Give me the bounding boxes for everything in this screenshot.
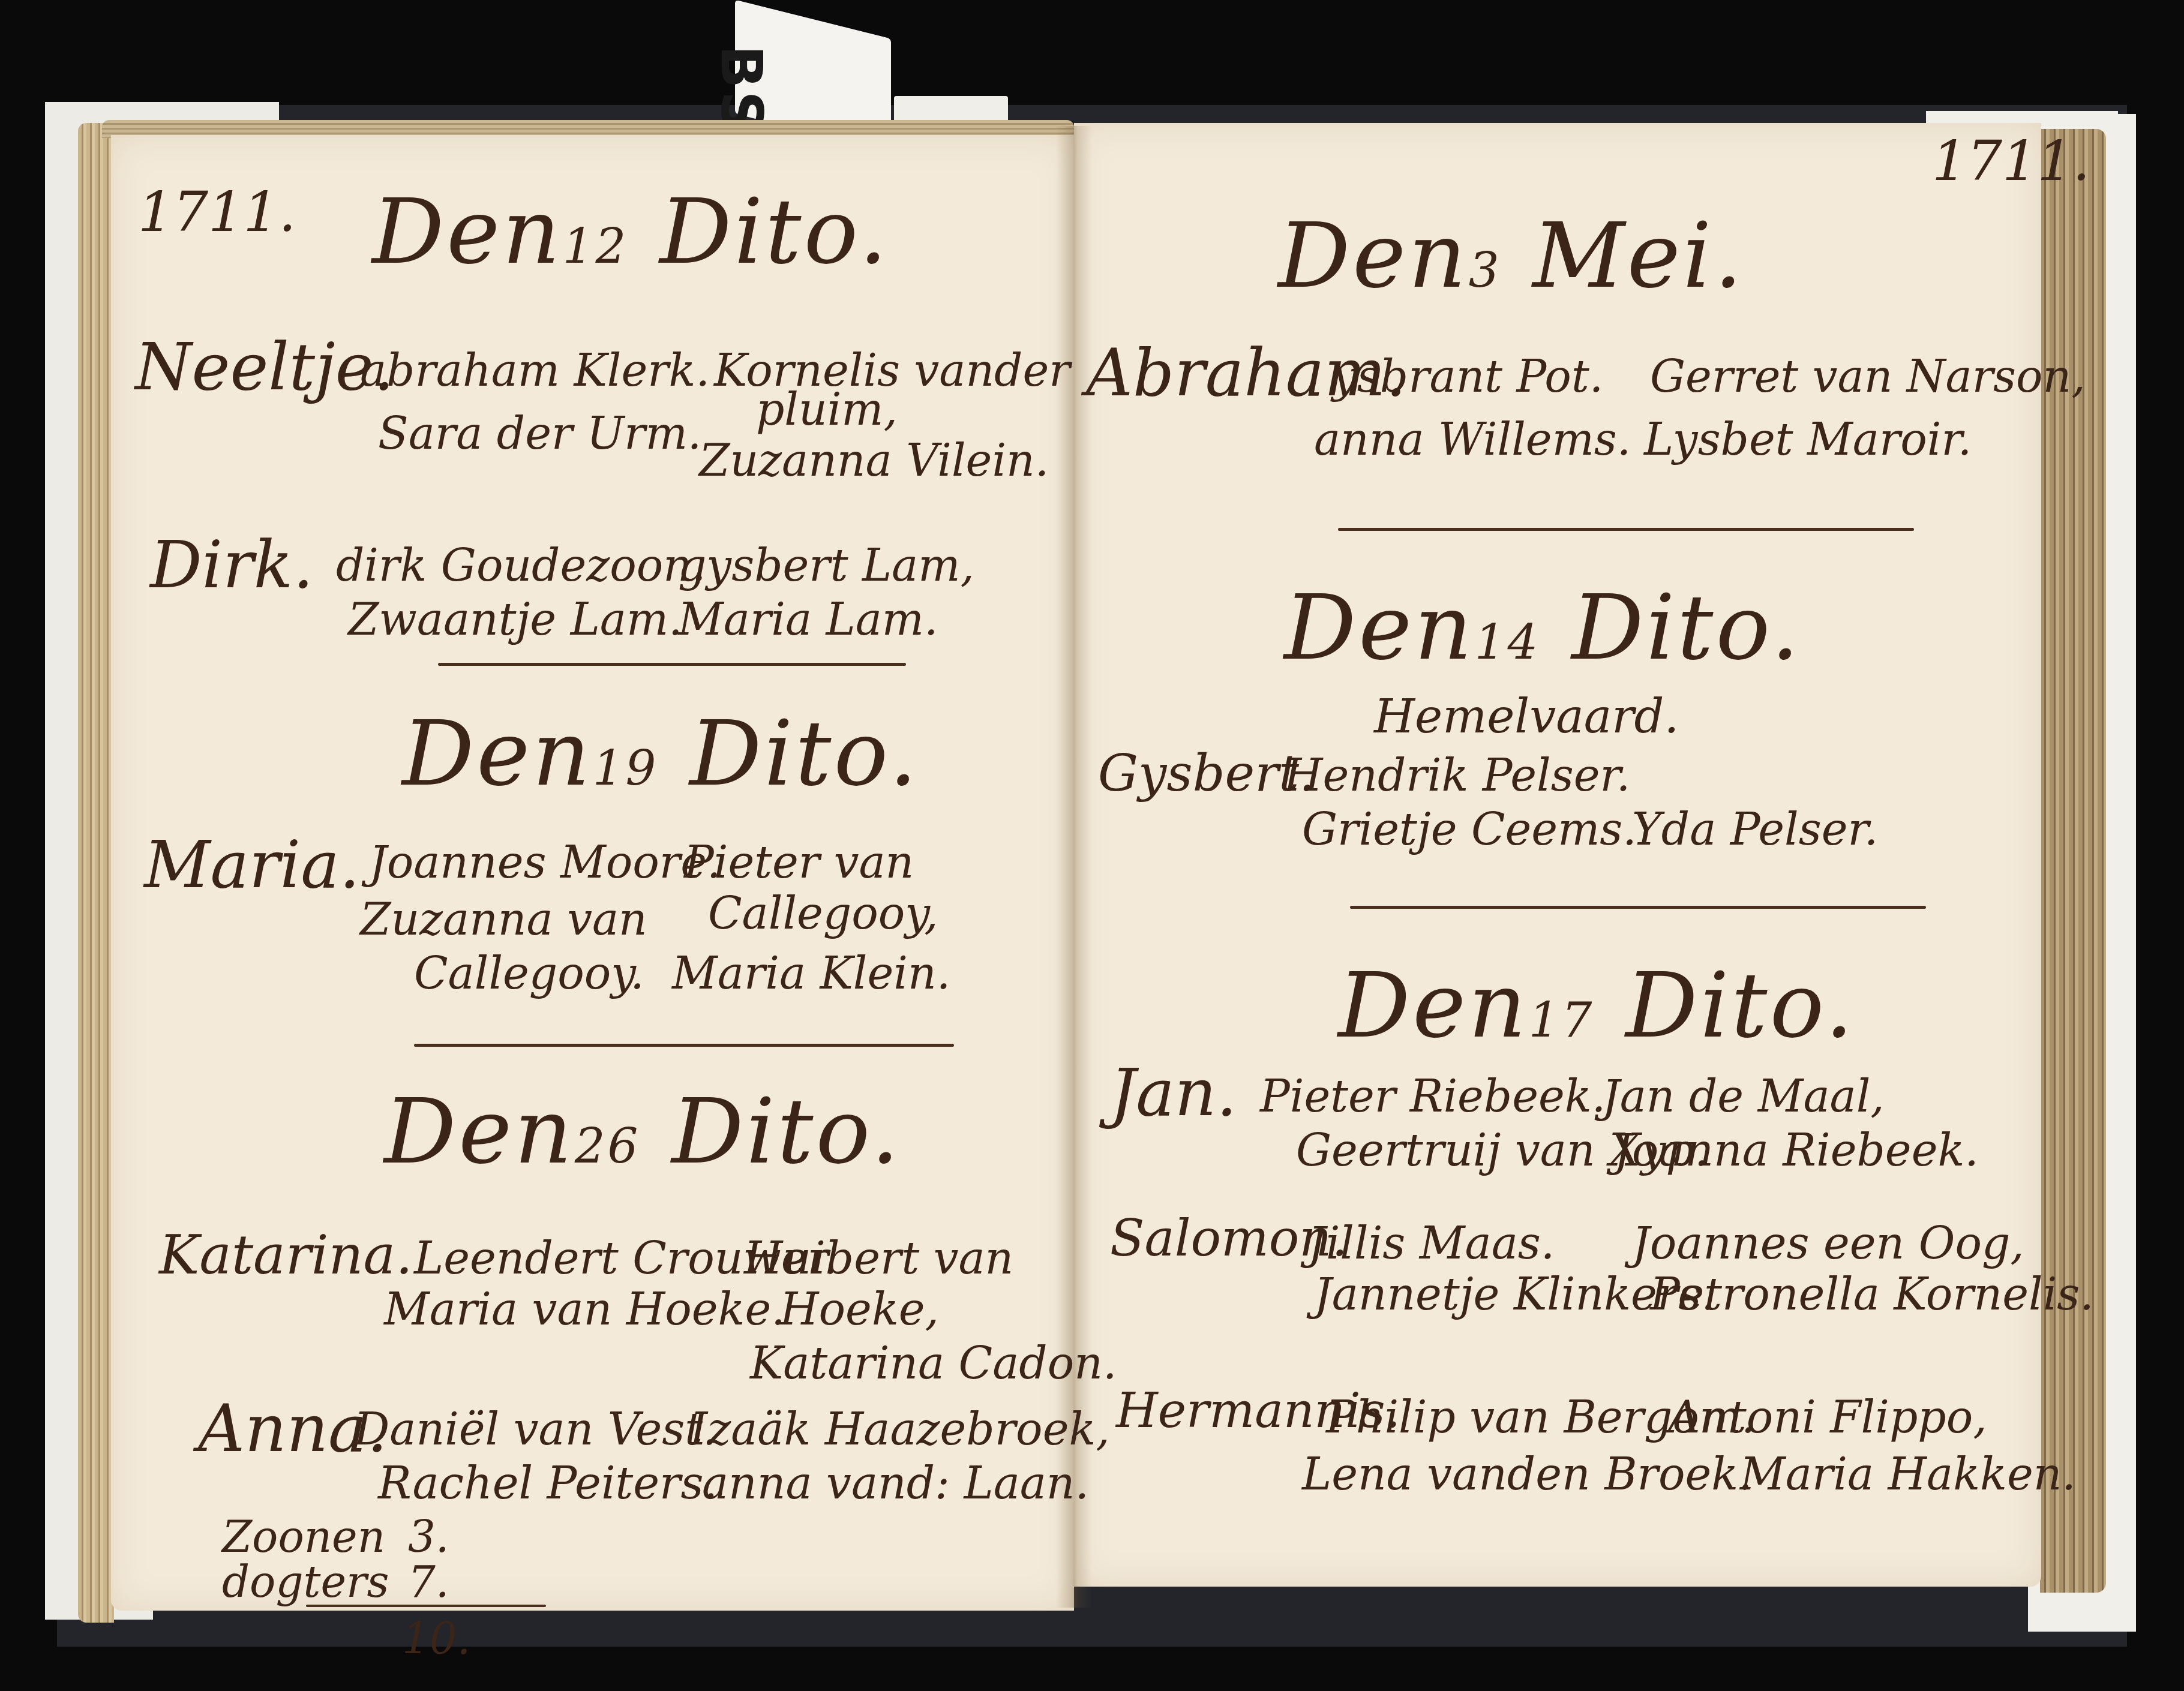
heading-month: Dito. <box>671 1080 902 1184</box>
parent-father: Daniël van Vest. <box>354 1404 717 1455</box>
child-name: Neeltje. <box>135 330 394 405</box>
witness: Jan de Maal, <box>1602 1071 1885 1122</box>
child-name: Jan. <box>1110 1056 1237 1131</box>
child-name: Gysbert. <box>1098 744 1315 803</box>
witness: Gerret van Narson, <box>1650 351 2086 403</box>
section-heading: Den26 Dito. <box>384 1080 902 1184</box>
page-edges-right <box>2040 129 2106 1593</box>
witness: Joannes een Oog, <box>1632 1218 2024 1269</box>
child-name: Dirk. <box>150 528 314 603</box>
heading-day: 17 <box>1529 992 1595 1048</box>
parent-mother: anna Willems. <box>1314 414 1631 465</box>
sons-label: Zoonen <box>222 1512 385 1562</box>
heading-month: Dito. <box>689 702 920 806</box>
daughters-count: 7. <box>408 1557 449 1607</box>
heading-day: 19 <box>593 740 659 796</box>
parent-father: dirk Goudezoon. <box>336 540 706 591</box>
heading-prefix: Den <box>372 180 563 284</box>
heading-prefix: Den <box>1338 954 1529 1058</box>
daughters-label: dogters <box>222 1557 389 1607</box>
witness: Antoni Flippo, <box>1668 1392 1987 1443</box>
section-heading: Den3 Mei. <box>1278 204 1745 308</box>
heading-month: Mei. <box>1532 204 1745 308</box>
section-heading: Den12 Dito. <box>372 180 890 284</box>
parent-father: Hendrik Pelser. <box>1284 750 1630 801</box>
total-count: 10. <box>402 1614 471 1664</box>
heading-prefix: Den <box>384 1080 575 1184</box>
left-page-year: 1711. <box>138 180 296 244</box>
parent-mother: Zwaantje Lam. <box>348 594 683 645</box>
heading-month: Dito. <box>1625 954 1856 1058</box>
parent-mother: Zuzanna van <box>360 894 647 945</box>
heading-day: 26 <box>575 1118 641 1174</box>
child-name: Katarina. <box>159 1224 413 1287</box>
witness: Callegooy, <box>708 888 938 939</box>
parent-mother-cont: Callegooy. <box>414 948 644 999</box>
section-divider <box>1350 906 1926 909</box>
witness: Huibert van <box>744 1233 1013 1284</box>
child-name: Maria. <box>144 828 360 903</box>
section-divider <box>438 663 906 666</box>
parent-father: Jillis Maas. <box>1308 1218 1555 1269</box>
witness: Katarina Cadon. <box>750 1338 1117 1389</box>
witness: Yda Pelser. <box>1632 804 1878 855</box>
sons-count: 3. <box>408 1512 449 1562</box>
parent-mother: Sara der Urm. <box>378 408 701 459</box>
section-heading: Den19 Dito. <box>402 702 920 806</box>
parent-mother: Maria van Hoeke. <box>384 1284 785 1335</box>
right-page-year: 1711. <box>1932 129 2090 193</box>
heading-prefix: Den <box>1284 576 1475 680</box>
parent-father: Pieter Riebeek. <box>1260 1071 1606 1122</box>
witness: Joanna Riebeek. <box>1614 1125 1979 1176</box>
heading-prefix: Den <box>402 702 593 806</box>
parent-mother: Lena vanden Broek. <box>1302 1449 1753 1500</box>
parent-mother: Grietje Ceems. <box>1302 804 1637 855</box>
witness: Zuzanna Vilein. <box>699 435 1049 486</box>
witness: pluim, <box>756 384 898 435</box>
witness: Maria Hakken. <box>1740 1449 2076 1500</box>
heading-month: Dito. <box>659 180 890 284</box>
witness: Maria Lam. <box>678 594 938 645</box>
witness: Pieter van <box>684 837 914 888</box>
parent-mother: Rachel Peiters. <box>378 1458 718 1509</box>
parent-father: Joannes Moore. <box>369 837 721 888</box>
page-edges-left <box>78 123 114 1623</box>
parent-father: abraham Klerk. <box>360 345 710 397</box>
section-heading: Den14 Dito. <box>1284 576 1802 680</box>
section-divider <box>414 1044 954 1047</box>
section-divider <box>1338 528 1914 531</box>
totals-rule <box>306 1605 546 1607</box>
heading-day: 3 <box>1469 242 1502 298</box>
witness: Hoeke, <box>780 1284 939 1335</box>
section-heading: Den17 Dito. <box>1338 954 1856 1058</box>
heading-day: 12 <box>563 218 629 274</box>
witness: gysbert Lam, <box>678 540 974 591</box>
witness: Maria Klein. <box>672 948 950 999</box>
witness: Lysbet Maroir. <box>1644 414 1972 465</box>
witness: Izaäk Haazebroek, <box>690 1404 1110 1455</box>
heading-prefix: Den <box>1278 204 1469 308</box>
heading-day: 14 <box>1475 614 1541 670</box>
witness: Hemelvaard. <box>1374 690 1679 744</box>
heading-month: Dito. <box>1571 576 1802 680</box>
parent-father: ysbrant Pot. <box>1332 351 1603 403</box>
witness: Petronella Kornelis. <box>1650 1269 2094 1320</box>
witness: anna vand: Laan. <box>702 1458 1089 1509</box>
